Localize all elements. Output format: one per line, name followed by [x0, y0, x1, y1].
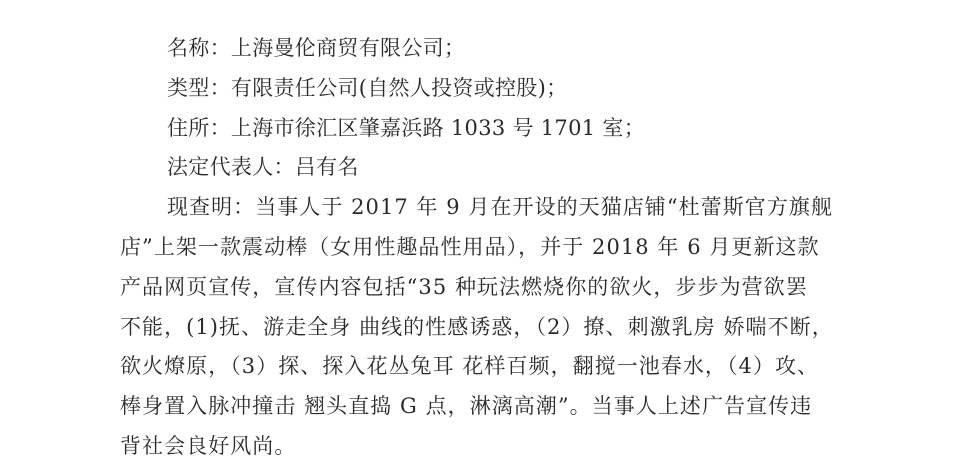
field-value: 有限责任公司(自然人投资或控股)； — [231, 76, 567, 100]
field-label: 法定代表人： — [167, 155, 295, 179]
paragraph-line: 背社会良好风尚。 — [120, 427, 825, 467]
paragraph-line: 现查明：当事人于 2017 年 9 月在开设的天猫店铺“杜蕾斯官方旗舰 — [120, 188, 825, 228]
field-label: 名称： — [167, 36, 231, 60]
field-label: 类型： — [167, 76, 231, 100]
field-value: 上海市徐汇区肇嘉浜路 1033 号 1701 室； — [231, 116, 645, 140]
field-type: 类型：有限责任公司(自然人投资或控股)； — [120, 69, 830, 109]
field-legal-representative: 法定代表人：吕有名 — [120, 148, 830, 188]
field-name: 名称：上海曼伦商贸有限公司； — [120, 29, 830, 69]
paragraph-line: 欲火燎原，（3）探、探入花丛兔耳 花样百频，翻搅一池春水，（4）攻、 — [120, 347, 825, 387]
field-value: 上海曼伦商贸有限公司； — [231, 36, 465, 60]
finding-paragraph: 现查明：当事人于 2017 年 9 月在开设的天猫店铺“杜蕾斯官方旗舰 店”上架… — [120, 188, 825, 467]
paragraph-line: 不能，(1)抚、游走全身 曲线的性感诱惑，（2）撩、刺激乳房 娇喘不断， — [120, 308, 825, 348]
field-label: 住所： — [167, 116, 231, 140]
paragraph-line: 店”上架一款震动棒（女用性趣品性用品），并于 2018 年 6 月更新这款 — [120, 228, 825, 268]
field-value: 吕有名 — [295, 155, 359, 179]
paragraph-line: 产品网页宣传，宣传内容包括“35 种玩法燃烧你的欲火，步步为营欲罢 — [120, 268, 825, 308]
document-body: 名称：上海曼伦商贸有限公司； 类型：有限责任公司(自然人投资或控股)； 住所：上… — [120, 29, 830, 467]
field-address: 住所：上海市徐汇区肇嘉浜路 1033 号 1701 室； — [120, 109, 830, 149]
paragraph-line: 棒身置入脉冲撞击 翘头直捣 G 点，淋漓高潮”。当事人上述广告宣传违 — [120, 387, 825, 427]
